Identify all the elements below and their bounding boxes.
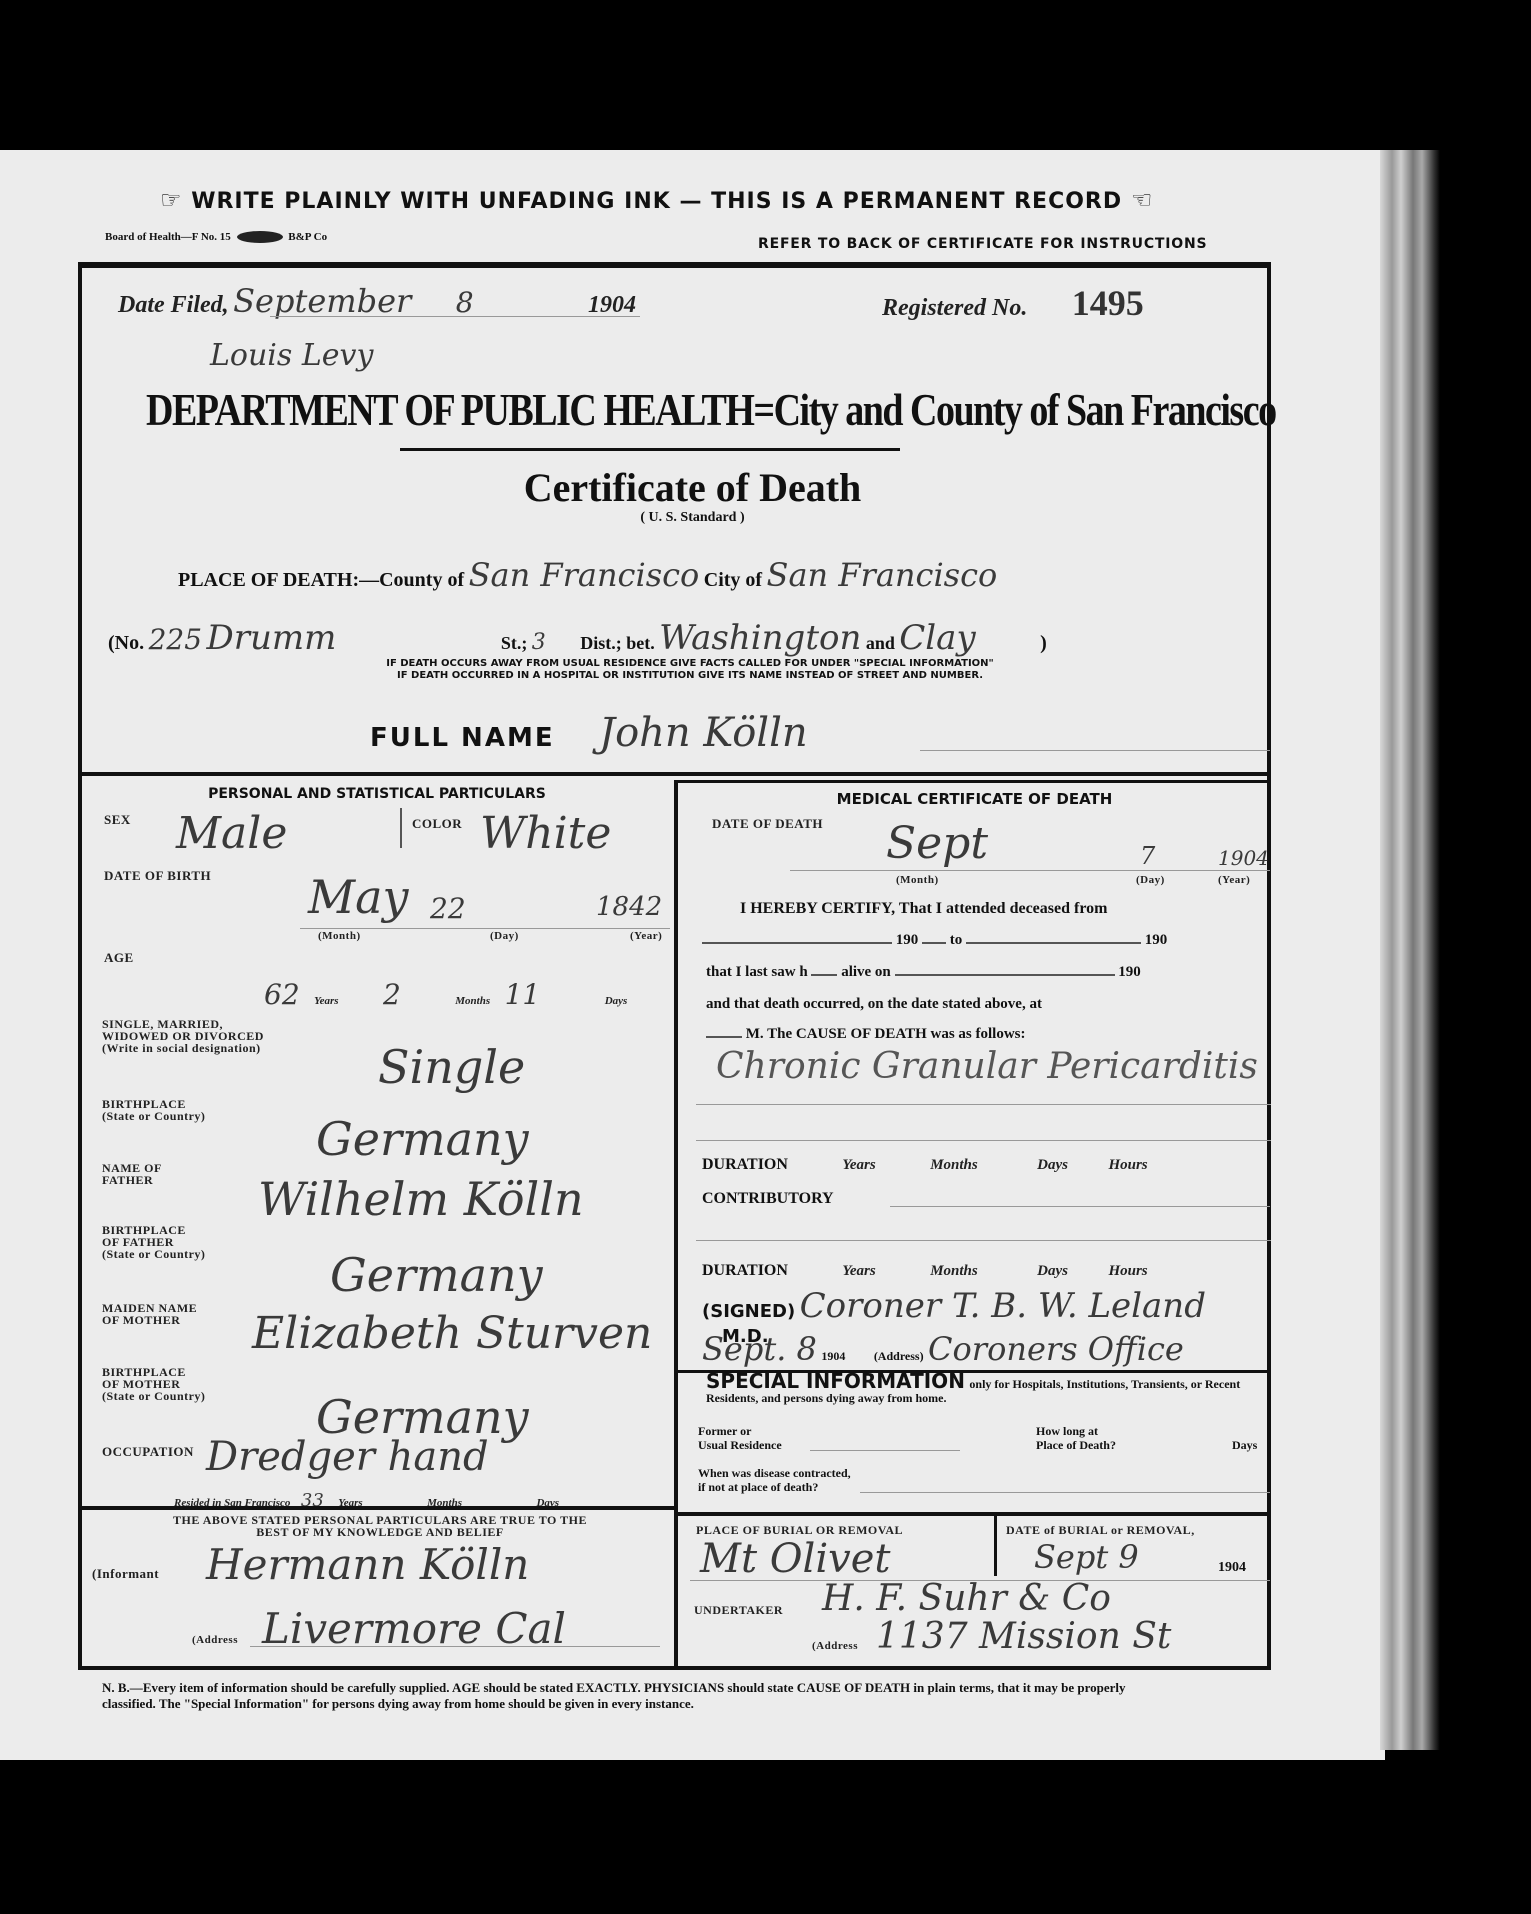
color-label: COLOR bbox=[412, 818, 462, 830]
how-long-label: How long at Place of Death? bbox=[1036, 1424, 1116, 1452]
undertaker-address: 1137 Mission St bbox=[876, 1616, 1171, 1657]
union-label-icon bbox=[237, 231, 283, 243]
burial-date: Sept 9 bbox=[1034, 1538, 1139, 1576]
informant-statement: THE ABOVE STATED PERSONAL PARTICULARS AR… bbox=[90, 1514, 670, 1538]
pointing-hand-icon: ☜ bbox=[1131, 186, 1154, 214]
marital-label: SINGLE, MARRIED, WIDOWED OR DIVORCED (Wr… bbox=[102, 1018, 264, 1054]
full-name: FULL NAME John Kölln bbox=[370, 710, 808, 756]
attendance-dates: 190 to 190 bbox=[702, 932, 1272, 949]
burial-date-label: DATE of BURIAL or REMOVAL, bbox=[1006, 1524, 1195, 1536]
age-label: AGE bbox=[104, 952, 134, 964]
column-divider bbox=[674, 780, 678, 1670]
father-name-value: Wilhelm Kölln bbox=[258, 1172, 584, 1226]
mother-name-label: MAIDEN NAME OF MOTHER bbox=[102, 1302, 197, 1326]
dod-day: 7 bbox=[1140, 842, 1155, 870]
dob-label: DATE OF BIRTH bbox=[104, 870, 211, 882]
registrar-signature: Louis Levy bbox=[210, 338, 373, 373]
age-value: 62 Years 2 Months 11 Days bbox=[264, 978, 674, 1011]
place-instructions: IF DEATH OCCURS AWAY FROM USUAL RESIDENC… bbox=[250, 658, 1130, 682]
undertaker-name: H. F. Suhr & Co bbox=[822, 1578, 1111, 1619]
certificate-title: Certificate of Death bbox=[0, 464, 1385, 511]
informant-address-label: (Address bbox=[192, 1634, 238, 1646]
pointing-hand-icon: ☞ bbox=[160, 186, 183, 214]
father-birthplace-label: BIRTHPLACE OF FATHER (State or Country) bbox=[102, 1224, 205, 1260]
book-page-edges bbox=[1380, 150, 1440, 1750]
death-occurred-statement: and that death occurred, on the date sta… bbox=[706, 996, 1042, 1013]
date-filed: Date Filed, September 8 1904 bbox=[118, 282, 636, 320]
cause-of-death: Chronic Granular Pericarditis bbox=[716, 1046, 1258, 1087]
father-birthplace-value: Germany bbox=[330, 1248, 543, 1302]
color-value: White bbox=[480, 808, 611, 859]
signature-date-address: Sept. 8 1904 (Address) Coroners Office bbox=[702, 1330, 1272, 1368]
dod-year: 1904 bbox=[1218, 846, 1269, 870]
header-banner: ☞ WRITE PLAINLY WITH UNFADING INK — THIS… bbox=[160, 186, 1153, 214]
birthplace-value: Germany bbox=[316, 1112, 529, 1166]
undertaker-label: UNDERTAKER bbox=[694, 1604, 783, 1616]
certify-statement: I HEREBY CERTIFY, That I attended deceas… bbox=[740, 900, 1107, 918]
medical-heading: MEDICAL CERTIFICATE OF DEATH bbox=[678, 790, 1271, 808]
street-address: (No. 225 Drumm St.; 3 Dist.; bet. Washin… bbox=[108, 618, 1278, 658]
occupation-value: Dredger hand bbox=[206, 1434, 489, 1480]
standard-subtitle: ( U. S. Standard ) bbox=[0, 510, 1385, 526]
sex-value: Male bbox=[176, 808, 287, 859]
contracted-label: When was disease contracted, if not at p… bbox=[698, 1466, 851, 1494]
informant-name: Hermann Kölln bbox=[206, 1540, 529, 1589]
place-of-death: PLACE OF DEATH:—County of San Francisco … bbox=[178, 556, 997, 594]
mother-birthplace-label: BIRTHPLACE OF MOTHER (State or Country) bbox=[102, 1366, 205, 1402]
special-information-heading: SPECIAL INFORMATION only for Hospitals, … bbox=[706, 1374, 1266, 1405]
burial-place-label: PLACE OF BURIAL OR REMOVAL bbox=[696, 1524, 903, 1536]
dob-year: 1842 bbox=[596, 892, 662, 922]
department-title: DEPARTMENT OF PUBLIC HEALTH=City and Cou… bbox=[146, 384, 1276, 437]
form-id: Board of Health—F No. 15 B&P Co bbox=[105, 231, 327, 243]
registered-number: Registered No. 1495 bbox=[882, 282, 1144, 324]
sex-label: SEX bbox=[104, 814, 131, 826]
former-residence-label: Former or Usual Residence bbox=[698, 1424, 782, 1452]
duration-row: DURATION Years Months Days Hours bbox=[702, 1156, 1272, 1174]
father-name-label: NAME OF FATHER bbox=[102, 1162, 162, 1186]
dob-day: 22 bbox=[430, 892, 466, 925]
burial-place: Mt Olivet bbox=[700, 1536, 890, 1582]
dod-label: DATE OF DEATH bbox=[712, 818, 823, 830]
undertaker-address-label: (Address bbox=[812, 1640, 858, 1652]
instructions-note: REFER TO BACK OF CERTIFICATE FOR INSTRUC… bbox=[758, 236, 1207, 252]
mother-name-value: Elizabeth Sturven bbox=[252, 1308, 652, 1359]
dob-month: May bbox=[308, 870, 409, 924]
occupation-label: OCCUPATION bbox=[102, 1446, 194, 1458]
birthplace-label: BIRTHPLACE (State or Country) bbox=[102, 1098, 205, 1122]
nb-footer: N. B.—Every item of information should b… bbox=[102, 1680, 1182, 1712]
personal-heading: PERSONAL AND STATISTICAL PARTICULARS bbox=[80, 786, 674, 802]
contributory-duration-row: DURATION Years Months Days Hours bbox=[702, 1262, 1272, 1280]
informant-label: (Informant bbox=[92, 1568, 159, 1580]
contributory-label: CONTRIBUTORY bbox=[702, 1190, 834, 1208]
marital-value: Single bbox=[378, 1040, 525, 1094]
dod-month: Sept bbox=[886, 818, 988, 869]
cause-intro: M. The CAUSE OF DEATH was as follows: bbox=[706, 1026, 1026, 1043]
last-seen-alive: that I last saw h alive on 190 bbox=[706, 964, 1276, 981]
burial-year: 1904 bbox=[1218, 1560, 1246, 1576]
